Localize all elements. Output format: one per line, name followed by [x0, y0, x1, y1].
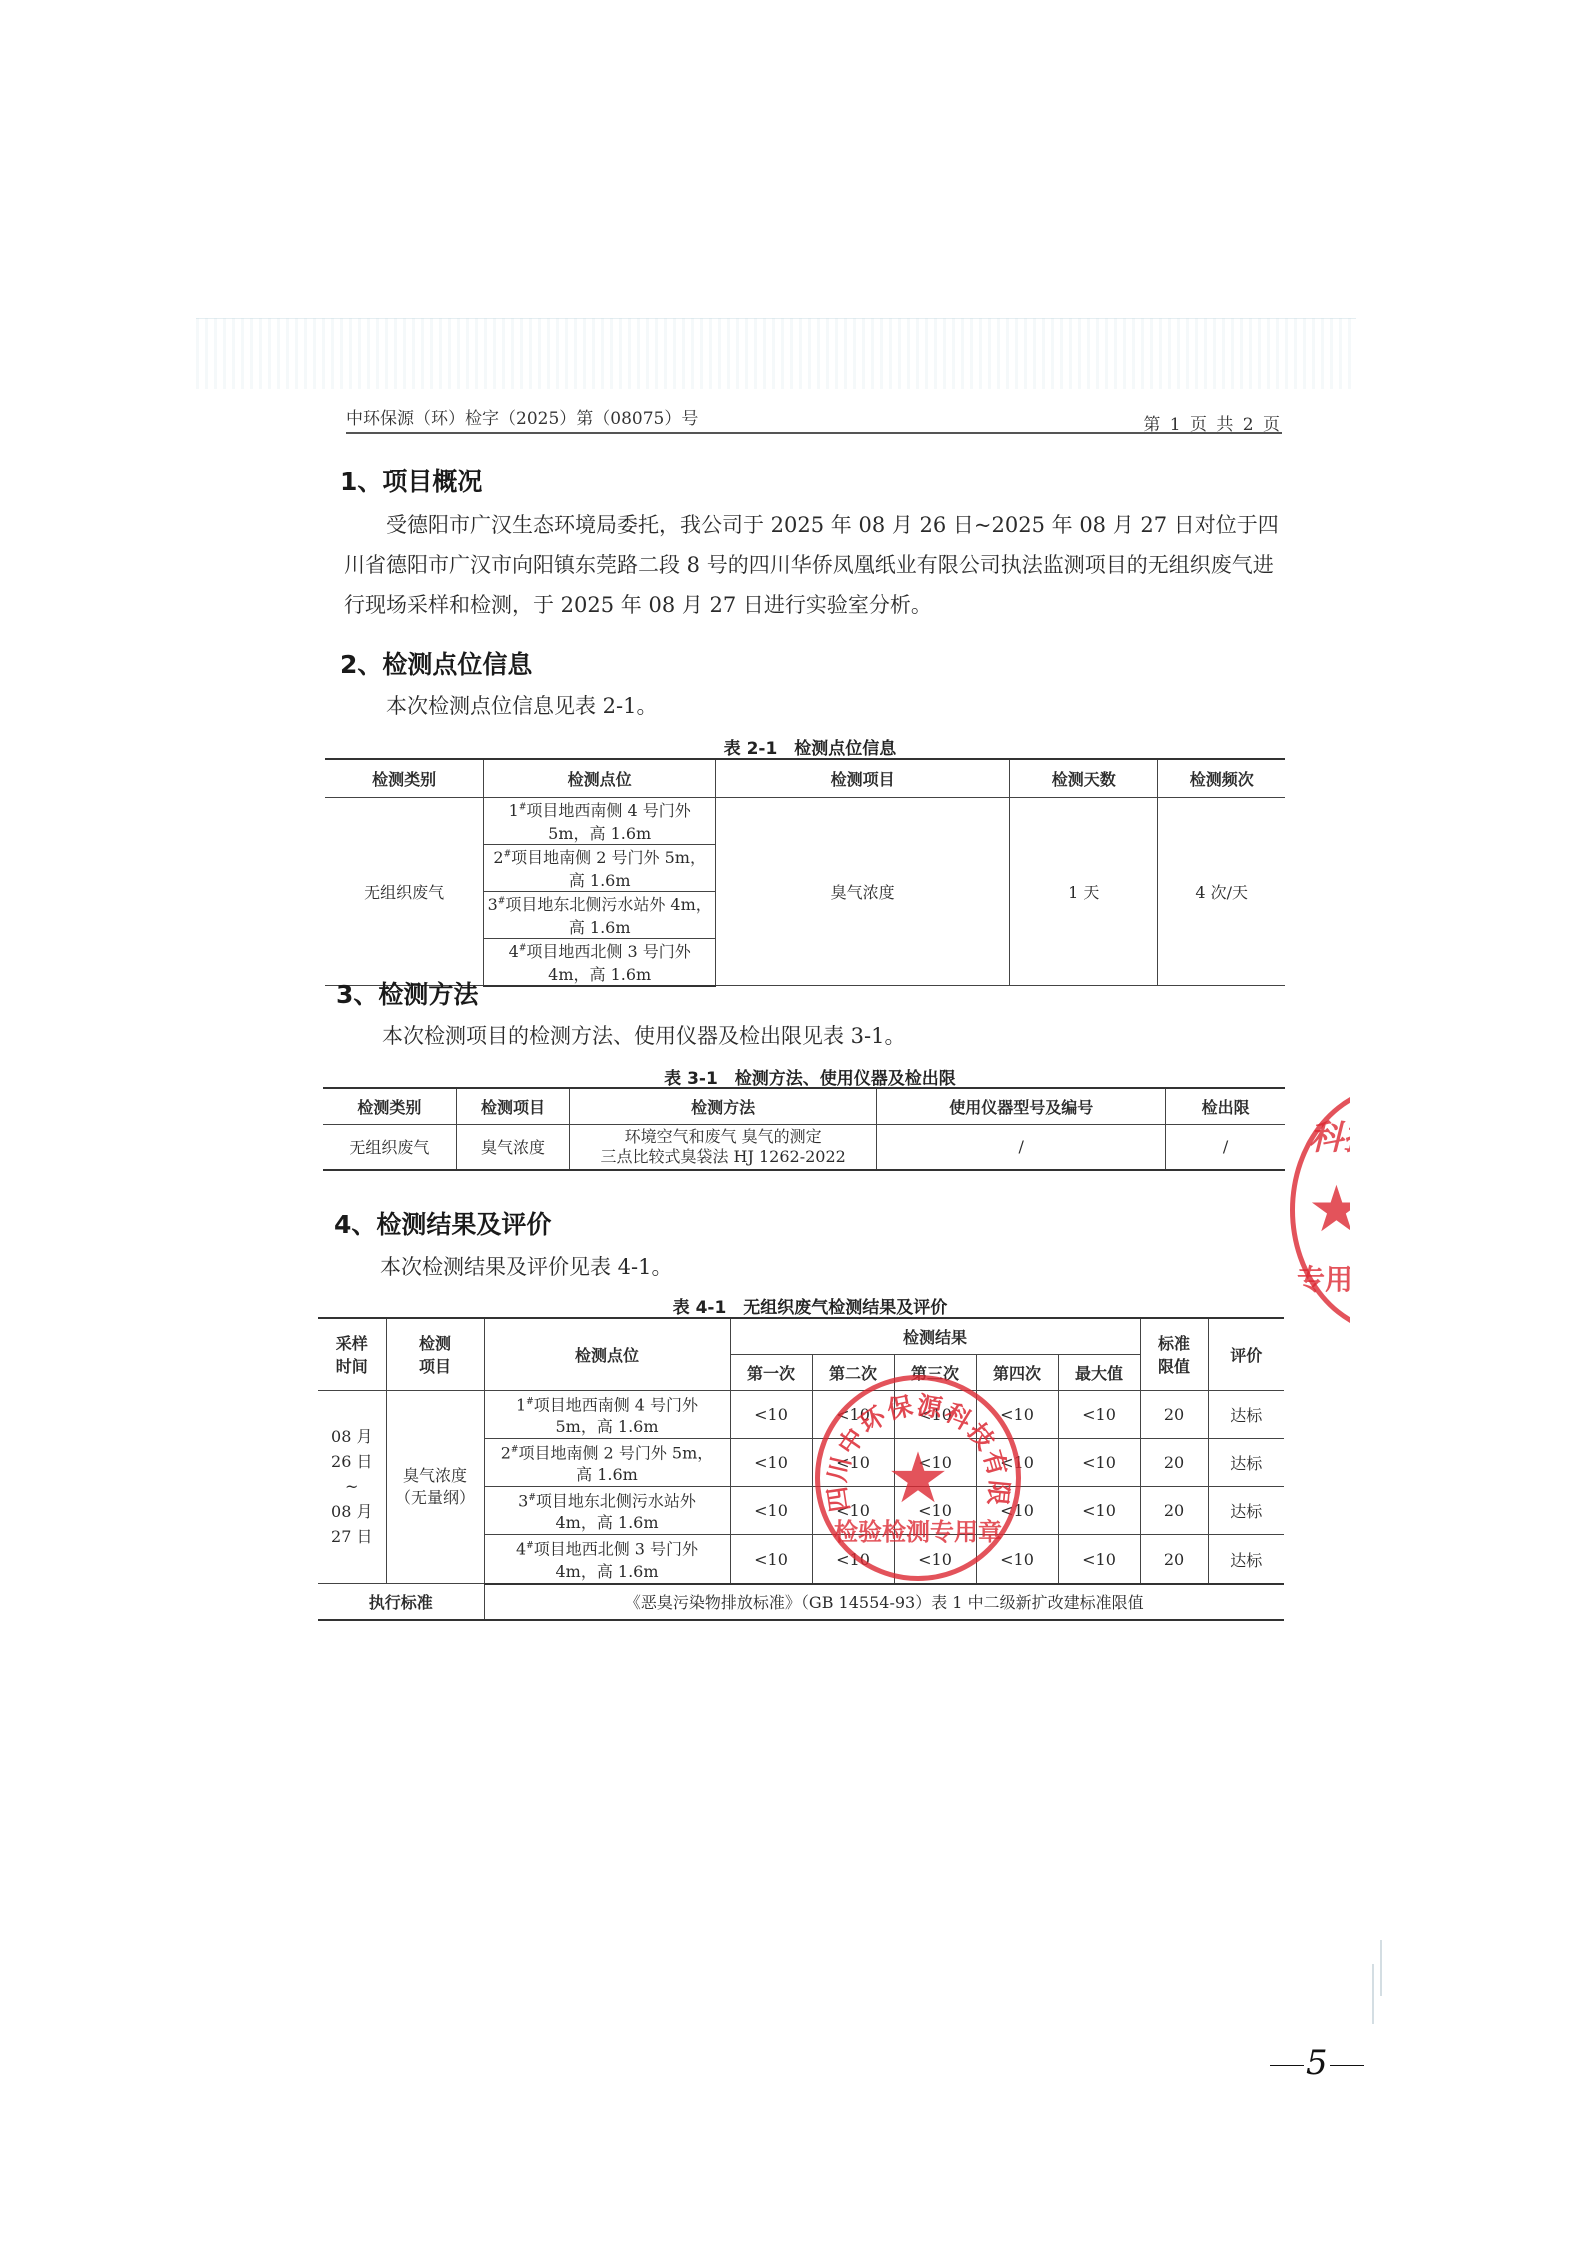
eval-cell: 达标: [1208, 1390, 1284, 1438]
page-number: 5: [1268, 2043, 1366, 2083]
value-cell: <10: [812, 1438, 894, 1486]
column-header: 检测项目: [456, 1088, 569, 1124]
scan-edge-line: [1380, 1940, 1382, 1996]
days-cell: 1 天: [1010, 797, 1158, 986]
edge-seal-clip: 科技 ★ 专用章: [1290, 1085, 1350, 1335]
report-header: 中环保源（环）检字（2025）第（08075）号 第 1 页 共 2 页: [346, 402, 1282, 434]
column-subheader: 第一次: [730, 1354, 812, 1390]
max-value-cell: <10: [1058, 1487, 1140, 1535]
item-cell: 臭气浓度（无量纲）: [386, 1390, 484, 1584]
section-3-intro: 本次检测项目的检测方法、使用仪器及检出限见表 3-1。: [382, 1016, 906, 1056]
max-value-cell: <10: [1058, 1535, 1140, 1584]
value-cell: <10: [894, 1390, 976, 1438]
column-header: 检测类别: [325, 759, 484, 797]
value-cell: <10: [976, 1487, 1058, 1535]
eval-cell: 达标: [1208, 1438, 1284, 1486]
limit-cell: 20: [1140, 1390, 1208, 1438]
section-4-intro: 本次检测结果及评价见表 4-1。: [380, 1247, 673, 1287]
column-header: 评价: [1208, 1318, 1284, 1390]
table-row: 08 月26 日~08 月27 日 臭气浓度（无量纲） 1#项目地西南侧 4 号…: [318, 1390, 1284, 1438]
column-subheader: 第三次: [894, 1354, 976, 1390]
column-header: 检测项目: [716, 759, 1010, 797]
point-cell: 2#项目地南侧 2 号门外 5m，高 1.6m: [484, 1438, 730, 1486]
column-header: 检测方法: [570, 1088, 877, 1124]
table-4-1-caption: 表 4-1 无组织废气检测结果及评价: [320, 1293, 1300, 1318]
column-header: 标准限值: [1140, 1318, 1208, 1390]
table-row: 无组织废气 臭气浓度 环境空气和废气 臭气的测定 三点比较式臭袋法 HJ 126…: [323, 1124, 1285, 1170]
section-3-title: 3、检测方法: [336, 975, 478, 1011]
value-cell: <10: [812, 1487, 894, 1535]
table-2-1-caption: 表 2-1 检测点位信息: [320, 734, 1300, 759]
point-cell: 2#项目地南侧 2 号门外 5m，高 1.6m: [484, 844, 716, 891]
max-value-cell: <10: [1058, 1438, 1140, 1486]
column-header: 采样时间: [318, 1318, 386, 1390]
star-icon: ★: [1308, 1178, 1350, 1242]
eval-cell: 达标: [1208, 1535, 1284, 1584]
edge-seal-stamp: 科技 ★ 专用章: [1290, 1085, 1350, 1335]
value-cell: <10: [730, 1487, 812, 1535]
point-cell: 3#项目地东北侧污水站外4m，高 1.6m: [484, 1487, 730, 1535]
point-cell: 3#项目地东北侧污水站外 4m，高 1.6m: [484, 891, 716, 938]
section-1-paragraph: 受德阳市广汉生态环境局委托，我公司于 2025 年 08 月 26 日~2025…: [344, 505, 1282, 625]
table-3-1-caption: 表 3-1 检测方法、使用仪器及检出限: [320, 1064, 1300, 1089]
column-header: 检测天数: [1010, 759, 1158, 797]
point-cell: 1#项目地西南侧 4 号门外5m，高 1.6m: [484, 1390, 730, 1438]
limit-cell: /: [1166, 1124, 1285, 1170]
item-cell: 臭气浓度: [456, 1124, 569, 1170]
value-cell: <10: [730, 1535, 812, 1584]
scan-artifact-band: [196, 318, 1356, 389]
limit-cell: 20: [1140, 1535, 1208, 1584]
value-cell: <10: [730, 1390, 812, 1438]
column-header: 检测项目: [386, 1318, 484, 1390]
column-header: 检出限: [1166, 1088, 1285, 1124]
standard-text: 《恶臭污染物排放标准》（GB 14554-93）表 1 中二级新扩改建标准限值: [484, 1584, 1284, 1620]
column-header: 检测类别: [323, 1088, 456, 1124]
table-2-1: 检测类别 检测点位 检测项目 检测天数 检测频次 无组织废气 1#项目地西南侧 …: [325, 758, 1285, 987]
column-header: 检测结果: [730, 1318, 1140, 1354]
section-2-title: 2、检测点位信息: [340, 645, 532, 681]
value-cell: <10: [976, 1438, 1058, 1486]
category-cell: 无组织废气: [325, 797, 484, 986]
value-cell: <10: [976, 1390, 1058, 1438]
column-subheader: 最大值: [1058, 1354, 1140, 1390]
limit-cell: 20: [1140, 1487, 1208, 1535]
column-header: 使用仪器型号及编号: [877, 1088, 1166, 1124]
value-cell: <10: [812, 1390, 894, 1438]
page-info: 第 1 页 共 2 页: [1143, 410, 1282, 435]
section-4-title: 4、检测结果及评价: [334, 1205, 551, 1241]
limit-cell: 20: [1140, 1438, 1208, 1486]
sampling-time-cell: 08 月26 日~08 月27 日: [318, 1390, 386, 1584]
point-cell: 4#项目地西北侧 3 号门外4m，高 1.6m: [484, 1535, 730, 1584]
column-header: 检测频次: [1158, 759, 1285, 797]
item-cell: 臭气浓度: [716, 797, 1010, 986]
column-header: 检测点位: [484, 1318, 730, 1390]
report-number: 中环保源（环）检字（2025）第（08075）号: [346, 404, 698, 429]
table-row: 无组织废气 1#项目地西南侧 4 号门外 5m，高 1.6m 臭气浓度 1 天 …: [325, 797, 1285, 844]
max-value-cell: <10: [1058, 1390, 1140, 1438]
table-4-1: 采样时间 检测项目 检测点位 检测结果 标准限值 评价 第一次 第二次 第三次 …: [318, 1317, 1284, 1621]
value-cell: <10: [894, 1438, 976, 1486]
scan-edge-line: [1372, 1964, 1374, 2024]
standard-label: 执行标准: [318, 1584, 484, 1620]
point-cell: 1#项目地西南侧 4 号门外 5m，高 1.6m: [484, 797, 716, 844]
value-cell: <10: [894, 1487, 976, 1535]
value-cell: <10: [730, 1438, 812, 1486]
value-cell: <10: [976, 1535, 1058, 1584]
column-header: 检测点位: [484, 759, 716, 797]
instrument-cell: /: [877, 1124, 1166, 1170]
standard-row: 执行标准 《恶臭污染物排放标准》（GB 14554-93）表 1 中二级新扩改建…: [318, 1584, 1284, 1620]
column-subheader: 第二次: [812, 1354, 894, 1390]
section-1-title: 1、项目概况: [340, 462, 482, 498]
eval-cell: 达标: [1208, 1487, 1284, 1535]
value-cell: <10: [894, 1535, 976, 1584]
column-subheader: 第四次: [976, 1354, 1058, 1390]
value-cell: <10: [812, 1535, 894, 1584]
point-cell: 4#项目地西北侧 3 号门外 4m，高 1.6m: [484, 938, 716, 986]
section-2-intro: 本次检测点位信息见表 2-1。: [386, 686, 658, 726]
frequency-cell: 4 次/天: [1158, 797, 1285, 986]
method-cell: 环境空气和废气 臭气的测定 三点比较式臭袋法 HJ 1262-2022: [570, 1124, 877, 1170]
category-cell: 无组织废气: [323, 1124, 456, 1170]
table-3-1: 检测类别 检测项目 检测方法 使用仪器型号及编号 检出限 无组织废气 臭气浓度 …: [323, 1087, 1285, 1171]
